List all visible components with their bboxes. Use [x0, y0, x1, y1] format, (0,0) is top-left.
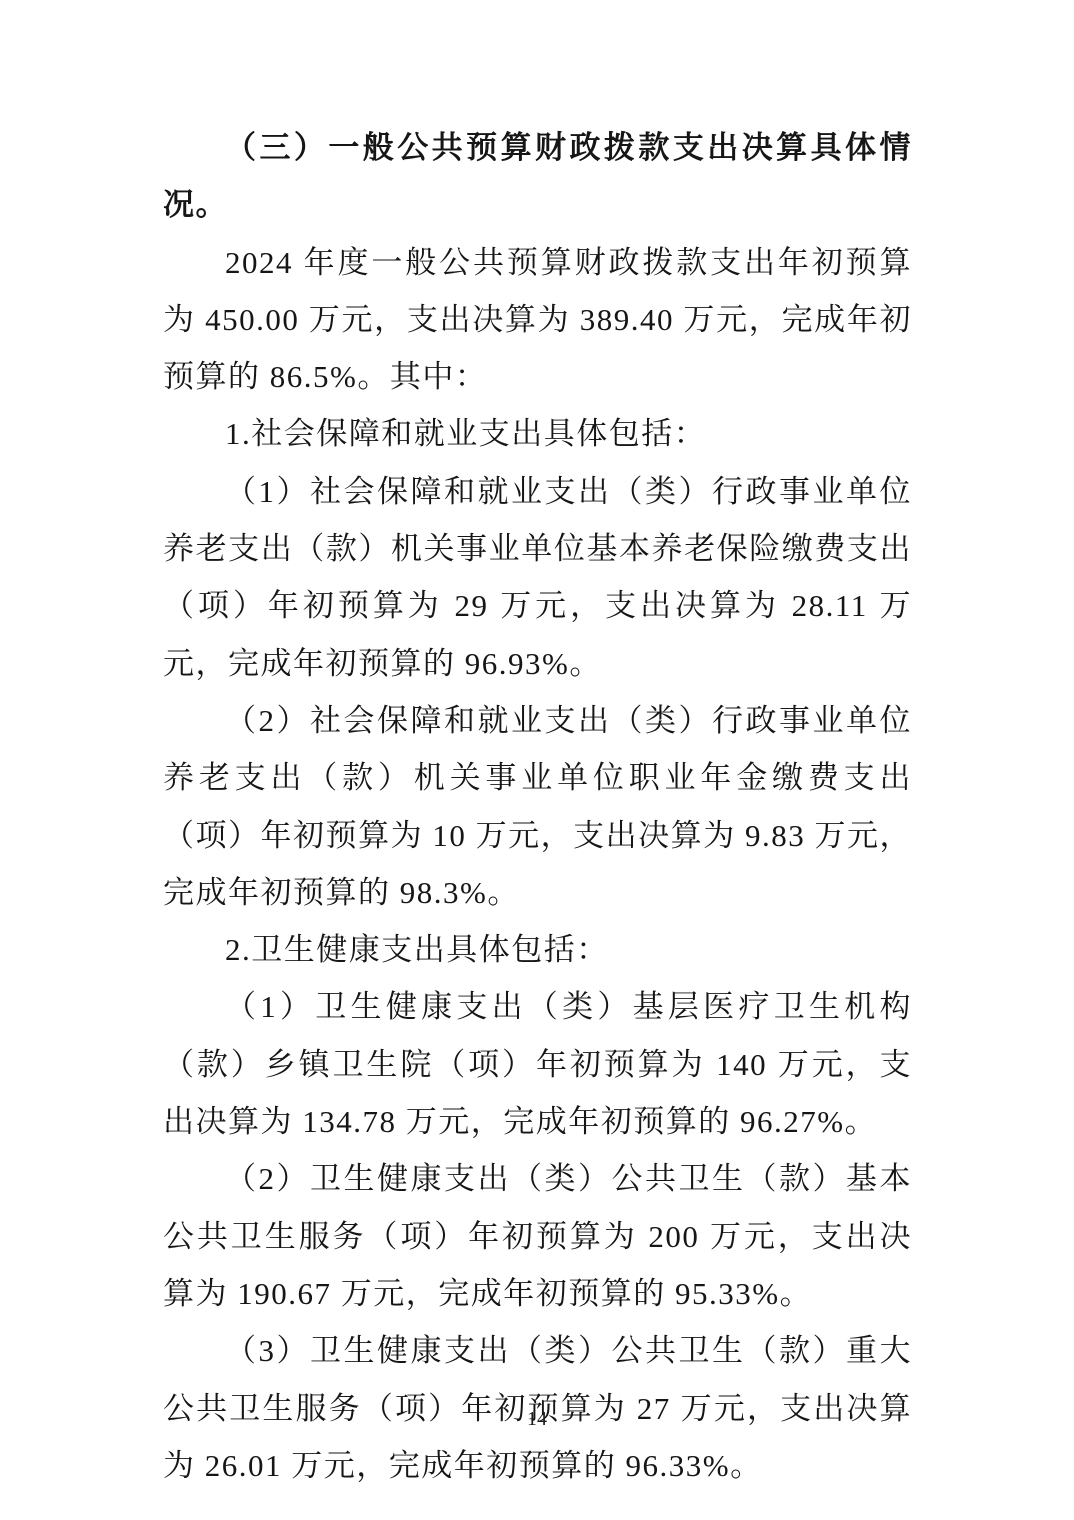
paragraph: 1.社会保障和就业支出具体包括： — [163, 405, 912, 462]
paragraph: （2）卫生健康支出（类）公共卫生（款）基本公共卫生服务（项）年初预算为 200 … — [163, 1150, 912, 1322]
paragraph: （2）社会保障和就业支出（类）行政事业单位养老支出（款）机关事业单位职业年金缴费… — [163, 692, 912, 921]
paragraph: （1）卫生健康支出（类）基层医疗卫生机构（款）乡镇卫生院（项）年初预算为 140… — [163, 978, 912, 1150]
paragraph: 2024 年度一般公共预算财政拨款支出年初预算为 450.00 万元，支出决算为… — [163, 234, 912, 406]
paragraph: 2.卫生健康支出具体包括： — [163, 921, 912, 978]
page-footer: 14 — [0, 1405, 1074, 1433]
page-number: 14 — [527, 1408, 547, 1430]
document-page: （三）一般公共预算财政拨款支出决算具体情况。 2024 年度一般公共预算财政拨款… — [0, 0, 1074, 1520]
document-body: （三）一般公共预算财政拨款支出决算具体情况。 2024 年度一般公共预算财政拨款… — [163, 119, 912, 1494]
paragraph-list: 2024 年度一般公共预算财政拨款支出年初预算为 450.00 万元，支出决算为… — [163, 234, 912, 1495]
paragraph: （1）社会保障和就业支出（类）行政事业单位养老支出（款）机关事业单位基本养老保险… — [163, 463, 912, 692]
section-heading: （三）一般公共预算财政拨款支出决算具体情况。 — [163, 119, 912, 234]
